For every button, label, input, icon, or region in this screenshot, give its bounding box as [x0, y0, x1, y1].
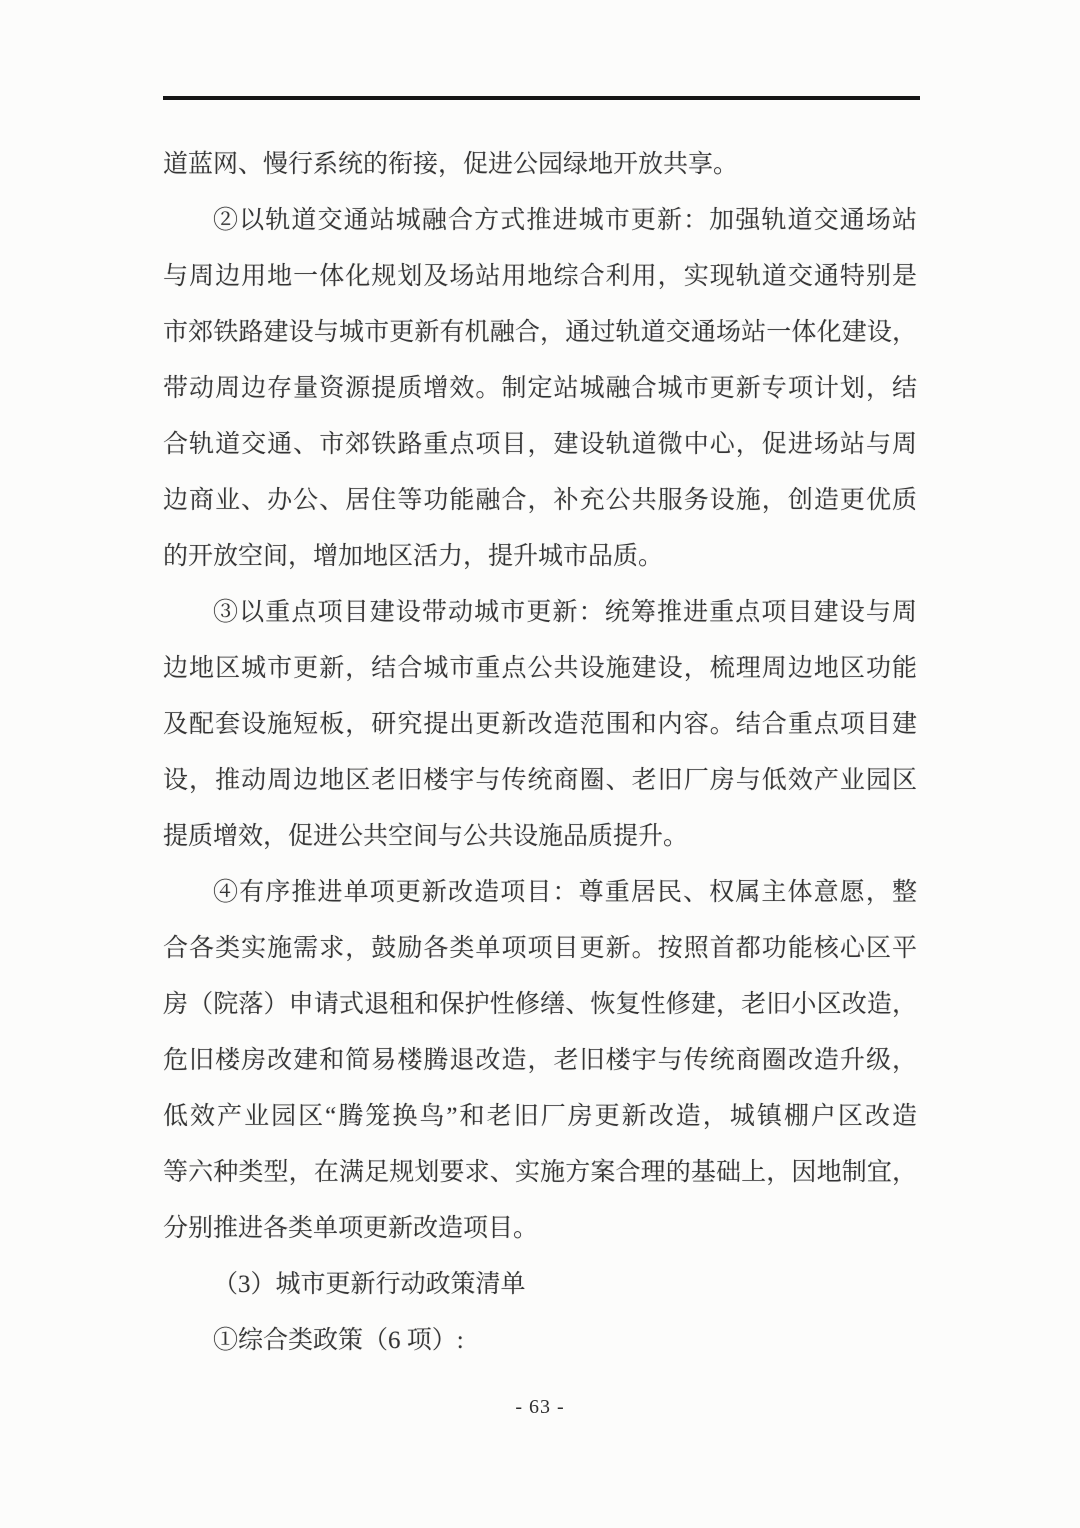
text-line: 危旧楼房改建和简易楼腾退改造，老旧楼宇与传统商圈改造升级， — [163, 1033, 917, 1089]
text-line: 的开放空间，增加地区活力，提升城市品质。 — [163, 529, 917, 585]
text-line: （3）城市更新行动政策清单 — [163, 1257, 917, 1313]
text-line: 合各类实施需求，鼓励各类单项项目更新。按照首都功能核心区平 — [163, 921, 917, 977]
text-line: 带动周边存量资源提质增效。制定站城融合城市更新专项计划，结 — [163, 361, 917, 417]
text-line: ②以轨道交通站城融合方式推进城市更新：加强轨道交通场站 — [163, 193, 917, 249]
text-line: 与周边用地一体化规划及场站用地综合利用，实现轨道交通特别是 — [163, 249, 917, 305]
text-line: ③以重点项目建设带动城市更新：统筹推进重点项目建设与周 — [163, 585, 917, 641]
text-line: 边地区城市更新，结合城市重点公共设施建设，梳理周边地区功能 — [163, 641, 917, 697]
text-line: 设，推动周边地区老旧楼宇与传统商圈、老旧厂房与低效产业园区 — [163, 753, 917, 809]
document-body: 道蓝网、慢行系统的衔接，促进公园绿地开放共享。②以轨道交通站城融合方式推进城市更… — [163, 137, 917, 1369]
text-line: 市郊铁路建设与城市更新有机融合，通过轨道交通场站一体化建设， — [163, 305, 917, 361]
text-line: 等六种类型，在满足规划要求、实施方案合理的基础上，因地制宜， — [163, 1145, 917, 1201]
text-line: 房（院落）申请式退租和保护性修缮、恢复性修建，老旧小区改造， — [163, 977, 917, 1033]
text-line: 分别推进各类单项更新改造项目。 — [163, 1201, 917, 1257]
header-rule — [163, 96, 920, 100]
text-line: 及配套设施短板，研究提出更新改造范围和内容。结合重点项目建 — [163, 697, 917, 753]
page-number: - 63 - — [0, 1396, 1080, 1419]
text-line: ①综合类政策（6 项）: — [163, 1313, 917, 1369]
text-line: 道蓝网、慢行系统的衔接，促进公园绿地开放共享。 — [163, 137, 917, 193]
text-line: 提质增效，促进公共空间与公共设施品质提升。 — [163, 809, 917, 865]
text-line: 低效产业园区“腾笼换鸟”和老旧厂房更新改造，城镇棚户区改造 — [163, 1089, 917, 1145]
document-page: 道蓝网、慢行系统的衔接，促进公园绿地开放共享。②以轨道交通站城融合方式推进城市更… — [0, 0, 1080, 1528]
text-line: 合轨道交通、市郊铁路重点项目，建设轨道微中心，促进场站与周 — [163, 417, 917, 473]
text-line: ④有序推进单项更新改造项目：尊重居民、权属主体意愿，整 — [163, 865, 917, 921]
text-line: 边商业、办公、居住等功能融合，补充公共服务设施，创造更优质 — [163, 473, 917, 529]
